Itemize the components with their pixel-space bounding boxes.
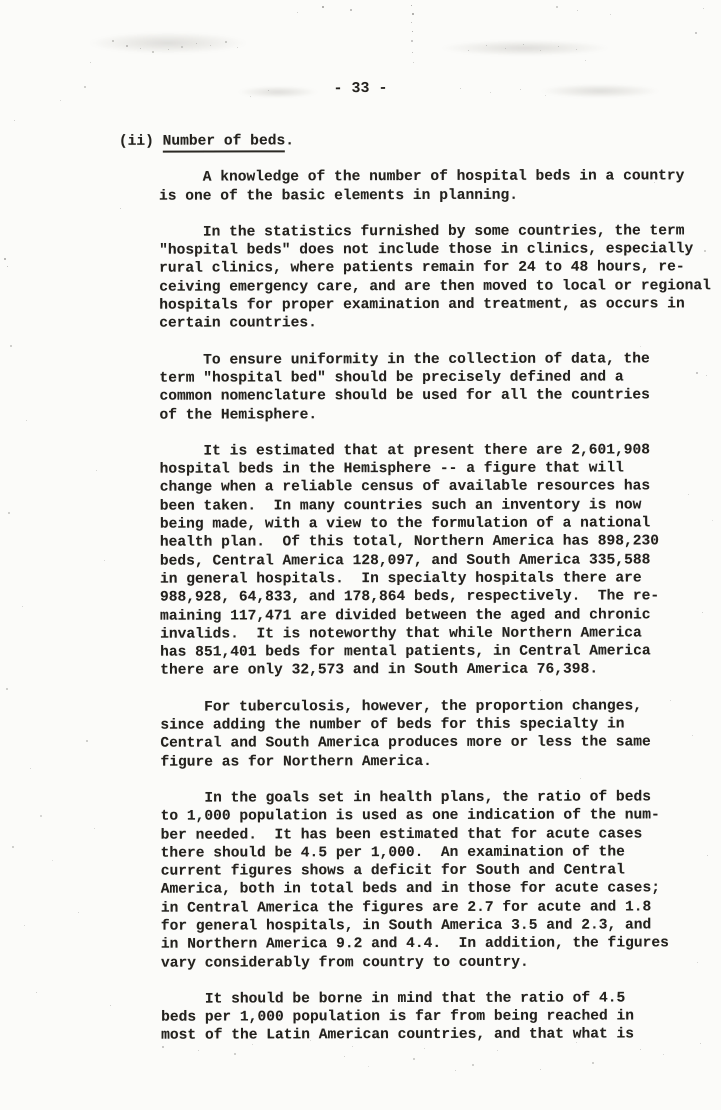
- text-line: 988,928, 64,833, and 178,864 beds, respe…: [160, 587, 720, 607]
- scan-speck: [411, 40, 413, 42]
- text-line: A knowledge of the number of hospital be…: [159, 168, 719, 188]
- text-line: in Central America the figures are 2.7 f…: [161, 898, 721, 918]
- scan-speck: [181, 46, 183, 48]
- scan-speck: [411, 22, 412, 23]
- scan-speck: [412, 31, 413, 32]
- scan-speck: [84, 86, 86, 88]
- scan-speck: [36, 992, 37, 993]
- scan-speck: [237, 47, 238, 48]
- text-line: For tuberculosis, however, the proportio…: [160, 697, 720, 717]
- scan-speck: [545, 95, 546, 96]
- text-line: rural clinics, where patients remain for…: [159, 259, 719, 279]
- paragraph: In the goals set in health plans, the ra…: [121, 788, 721, 973]
- scan-speck: [14, 120, 15, 121]
- scan-speck: [112, 40, 114, 42]
- scan-speck: [663, 1054, 664, 1055]
- text-line: has 851,401 beds for mental patients, in…: [160, 642, 720, 662]
- text-line: invalids. It is noteworthy that while No…: [160, 624, 720, 644]
- scan-speck: [120, 208, 121, 209]
- scan-speck: [460, 88, 461, 89]
- text-line: To ensure uniformity in the collection o…: [159, 350, 719, 370]
- document-page: - 33 - (ii) Number of beds. A knowledge …: [0, 0, 721, 1110]
- scan-speck: [234, 1053, 236, 1055]
- scan-speck: [472, 1064, 474, 1066]
- scan-speck: [703, 8, 704, 9]
- scan-speck: [196, 43, 197, 44]
- scan-speck: [523, 44, 524, 45]
- text-line: "hospital beds" does not include those i…: [159, 240, 719, 260]
- scan-speck: [60, 100, 61, 101]
- scan-speck: [7, 266, 8, 267]
- scan-speck: [162, 1046, 164, 1048]
- paragraph: It is estimated that at present there ar…: [120, 441, 721, 680]
- scan-speck: [310, 1040, 311, 1041]
- scan-speck: [225, 41, 227, 43]
- text-line: change when a reliable census of availab…: [160, 478, 720, 498]
- text-line: maining 117,471 are divided between the …: [160, 606, 720, 626]
- text-line: ceiving emergency care, and are then mov…: [159, 277, 719, 297]
- scan-speck: [413, 62, 414, 63]
- scan-speck: [250, 96, 251, 97]
- text-line: It should be borne in mind that the rati…: [161, 989, 721, 1009]
- scan-speck: [520, 89, 521, 90]
- scan-speck: [702, 612, 703, 613]
- scan-speck: [704, 250, 706, 252]
- scan-speck: [468, 50, 469, 51]
- scan-speck: [576, 1042, 577, 1043]
- scan-speck: [210, 45, 211, 46]
- text-line: In the statistics furnished by some coun…: [159, 222, 719, 242]
- scan-speck: [640, 1049, 641, 1050]
- text-line: of the Hemisphere.: [159, 405, 719, 425]
- scan-speck: [126, 45, 128, 47]
- scan-speck: [640, 346, 641, 347]
- text-line: Central and South America produces more …: [160, 734, 720, 754]
- text-line: in general hospitals. In specialty hospi…: [160, 569, 720, 589]
- text-line: health plan. Of this total, Northern Ame…: [160, 533, 720, 553]
- scan-speck: [540, 1069, 541, 1070]
- scan-speck: [24, 925, 25, 926]
- text-line: America, both in total beds and in those…: [161, 880, 721, 900]
- scan-speck: [592, 1062, 594, 1064]
- scan-speck: [576, 49, 577, 50]
- scan-speck: [424, 1048, 425, 1049]
- scan-smudge: [88, 32, 248, 54]
- text-line: since adding the number of beds for this…: [160, 715, 720, 735]
- scan-speck: [152, 51, 154, 53]
- scan-speck: [78, 912, 79, 913]
- scan-speck: [411, 5, 412, 6]
- scan-speck: [486, 45, 487, 46]
- scan-speck: [700, 1043, 701, 1044]
- text-line: in Northern America 9.2 and 4.4. In addi…: [161, 934, 721, 954]
- text-line: hospitals for proper examination and tre…: [159, 295, 719, 315]
- scan-speck: [580, 778, 581, 779]
- text-line: there should be 4.5 per 1,000. An examin…: [161, 843, 721, 863]
- text-line: It is estimated that at present there ar…: [160, 441, 720, 461]
- scan-speck: [692, 735, 693, 736]
- text-line: for general hospitals, in South America …: [161, 916, 721, 936]
- scan-speck: [585, 60, 586, 61]
- scan-speck: [654, 182, 655, 183]
- scan-speck: [712, 520, 713, 521]
- text-line: being made, with a view to the formulati…: [160, 514, 720, 534]
- text-line: hospital beds in the Hemisphere -- a fig…: [160, 459, 720, 479]
- text-line: term "hospital bed" should be precisely …: [159, 368, 719, 388]
- scan-speck: [455, 1070, 456, 1071]
- scan-speck: [110, 1005, 111, 1006]
- text-line: certain countries.: [159, 314, 719, 334]
- scan-speck: [695, 32, 697, 34]
- paragraph: To ensure uniformity in the collection o…: [119, 350, 719, 425]
- scan-speck: [497, 1050, 498, 1051]
- scan-speck: [505, 48, 506, 49]
- text-line: beds, Central America 128,097, and South…: [160, 551, 720, 571]
- scan-speck: [540, 690, 541, 691]
- scan-speck: [8, 512, 10, 514]
- scan-speck: [558, 46, 559, 47]
- scan-speck: [696, 372, 698, 374]
- paragraph: A knowledge of the number of hospital be…: [119, 168, 719, 206]
- section-heading-title: Number of beds: [163, 133, 286, 152]
- scan-speck: [344, 1056, 345, 1057]
- text-line: current figures shows a deficit for Sout…: [161, 861, 721, 881]
- text-line: In the goals set in health plans, the ra…: [161, 788, 721, 808]
- scan-speck: [350, 9, 352, 11]
- section-heading: (ii) Number of beds.: [119, 131, 719, 151]
- scan-speck: [412, 52, 413, 53]
- text-line: vary considerably from country to countr…: [161, 953, 721, 973]
- scan-speck: [412, 13, 414, 15]
- scan-speck: [670, 700, 671, 701]
- paragraph: It should be borne in mind that the rati…: [121, 989, 721, 1045]
- scan-smudge: [440, 40, 610, 56]
- scan-smudge: [540, 84, 660, 98]
- paragraphs-container: A knowledge of the number of hospital be…: [119, 168, 721, 1046]
- text-line: been taken. In many countries such an in…: [160, 496, 720, 516]
- scan-speck: [268, 90, 269, 91]
- scan-speck: [577, 10, 578, 11]
- scan-speck: [252, 1044, 253, 1045]
- paragraph: For tuberculosis, however, the proportio…: [120, 697, 720, 772]
- scan-speck: [96, 470, 97, 471]
- scan-speck: [688, 494, 689, 495]
- scan-speck: [610, 14, 611, 15]
- text-line: figure as for Northern America.: [160, 752, 720, 772]
- scan-speck: [52, 860, 53, 861]
- text-line: ber needed. It has been estimated that f…: [161, 825, 721, 845]
- paragraph: In the statistics furnished by some coun…: [119, 222, 719, 333]
- scan-speck: [6, 688, 8, 690]
- scan-speck: [413, 1058, 415, 1060]
- page-content: (ii) Number of beds. A knowledge of the …: [119, 131, 721, 1063]
- scan-speck: [104, 560, 105, 561]
- scan-speck: [140, 48, 141, 49]
- scan-speck: [30, 768, 31, 769]
- scan-speck: [297, 12, 298, 13]
- scan-speck: [707, 855, 708, 856]
- scan-speck: [322, 6, 324, 8]
- scan-speck: [10, 345, 12, 347]
- text-line: to 1,000 population is used as one indic…: [161, 806, 721, 826]
- scan-speck: [90, 62, 91, 63]
- scan-speck: [697, 962, 698, 963]
- section-heading-period: .: [285, 133, 294, 149]
- scan-speck: [706, 375, 707, 376]
- text-line: beds per 1,000 population is far from be…: [161, 1007, 721, 1027]
- text-line: common nomenclature should be used for a…: [159, 386, 719, 406]
- scan-speck: [490, 92, 491, 93]
- scan-speck: [94, 828, 95, 829]
- scan-speck: [198, 1050, 199, 1051]
- scan-speck: [352, 1046, 353, 1047]
- scan-speck: [556, 6, 558, 8]
- scan-speck: [540, 50, 541, 51]
- scan-speck: [368, 1066, 369, 1067]
- scan-speck: [168, 49, 169, 50]
- scan-speck: [86, 740, 88, 742]
- text-line: most of the Latin American countries, an…: [161, 1026, 721, 1046]
- scan-speck: [4, 258, 6, 260]
- scan-speck: [22, 606, 23, 607]
- scan-speck: [12, 846, 14, 848]
- scan-speck: [26, 420, 27, 421]
- scan-speck: [40, 815, 42, 817]
- text-line: there are only 32,573 and in South Ameri…: [160, 661, 720, 681]
- text-line: is one of the basic elements in planning…: [159, 186, 719, 206]
- section-heading-prefix: (ii): [119, 134, 163, 150]
